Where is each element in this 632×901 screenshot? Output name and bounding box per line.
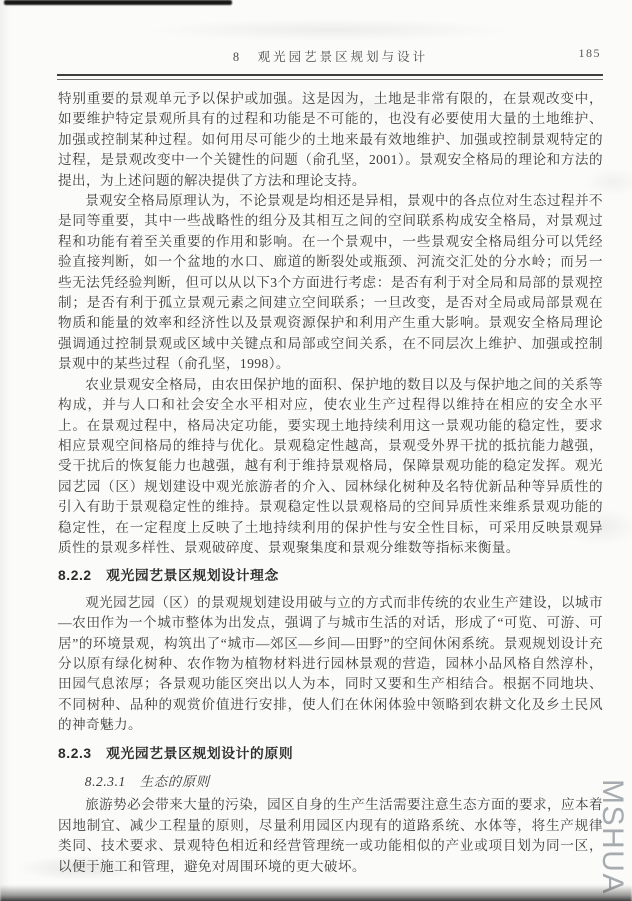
section-heading-8-2-3: 8.2.3 观光园艺景区规划设计的原则 [58, 744, 603, 764]
paragraph-agricultural-landscape: 农业景观安全格局，由农田保护地的面积、保护地的数目以及与保护地之间的关系等构成，… [58, 375, 603, 559]
paragraph-ecological-principle: 旅游势必会带来大量的污染，园区自身的生产生活需要注意生态方面的要求，应本着因地制… [58, 795, 603, 877]
scan-artifact-top-edge [4, 0, 232, 5]
subsection-heading-8-2-3-1: 8.2.3.1 生态的原则 [58, 772, 603, 792]
watermark-text: MSHUA [595, 779, 629, 895]
running-header: 8 观光园艺景区规划与设计 185 [58, 47, 603, 65]
running-header-chapter-title: 8 观光园艺景区规划与设计 [233, 50, 428, 64]
page-number: 185 [579, 46, 602, 61]
header-divider-rule [57, 74, 603, 80]
paragraph-planning-concept: 观光园艺园（区）的景观规划建设用破与立的方式而非传统的农业生产建设，以城市—农田… [58, 593, 603, 736]
page-body: 特别重要的景观单元予以保护或加强。这是因为，土地是非常有限的，在景观改变中，如要… [58, 89, 603, 877]
scan-artifact-bottom-edge [0, 885, 632, 901]
paragraph-landscape-security-pattern: 景观安全格局原理认为，不论景观是均相还是异相，景观中的各点位对生态过程并不是同等… [58, 191, 603, 375]
scanned-book-page: 8 观光园艺景区规划与设计 185 特别重要的景观单元予以保护或加强。这是因为，… [0, 0, 632, 901]
section-heading-8-2-2: 8.2.2 观光园艺景区规划设计理念 [58, 566, 603, 586]
paragraph-continuation: 特别重要的景观单元予以保护或加强。这是因为，土地是非常有限的，在景观改变中，如要… [58, 89, 603, 191]
